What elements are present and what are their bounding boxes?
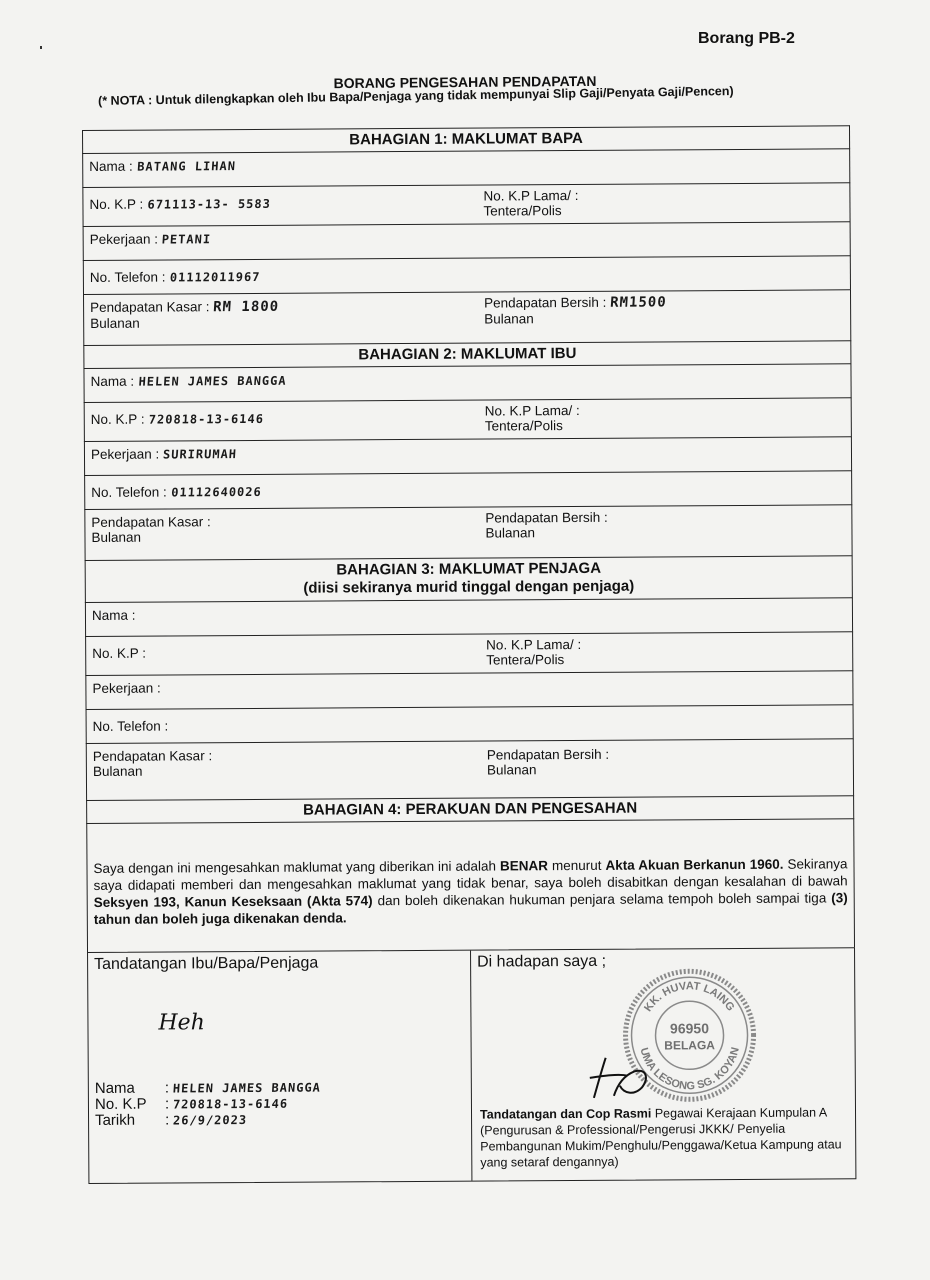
svg-text:BELAGA: BELAGA bbox=[664, 1038, 715, 1052]
s1-bersih-value[interactable]: RM1500 bbox=[610, 295, 668, 310]
bulanan-label: Bulanan bbox=[90, 316, 140, 331]
s1-pekerjaan-row[interactable]: Pekerjaan :PETANI bbox=[83, 221, 851, 260]
s1-nama-value[interactable]: BATANG LIHAN bbox=[136, 159, 236, 175]
kp-lama-label: No. K.P Lama/ : bbox=[485, 403, 580, 419]
telefon-label: No. Telefon : bbox=[91, 484, 167, 499]
pekerjaan-label: Pekerjaan : bbox=[91, 447, 159, 462]
officer-signature-icon bbox=[584, 1054, 654, 1100]
tentera-polis-label: Tentera/Polis bbox=[486, 652, 564, 667]
s3-kp-row[interactable]: No. K.P : No. K.P Lama/ :Tentera/Polis bbox=[85, 631, 853, 675]
bulanan-label: Bulanan bbox=[484, 311, 534, 326]
signer-nama-value[interactable]: HELEN JAMES BANGGA bbox=[173, 1080, 322, 1097]
tentera-polis-label: Tentera/Polis bbox=[485, 418, 563, 433]
signer-nama-label: Nama bbox=[95, 1081, 165, 1097]
officer-caption: Tandatangan dan Cop Rasmi Pegawai Keraja… bbox=[480, 1104, 855, 1170]
telefon-label: No. Telefon : bbox=[90, 269, 166, 284]
s2-kp-value[interactable]: 720818-13-6146 bbox=[148, 412, 264, 428]
s1-kp-row[interactable]: No. K.P :671113-13- 5583 No. K.P Lama/ :… bbox=[82, 182, 850, 226]
s2-pekerjaan-row[interactable]: Pekerjaan :SURIRUMAH bbox=[84, 436, 852, 475]
s1-nama-row[interactable]: Nama :BATANG LIHAN bbox=[82, 148, 850, 187]
form-sheet: BAHAGIAN 1: MAKLUMAT BAPA Nama :BATANG L… bbox=[82, 125, 856, 1184]
s3-pekerjaan-row[interactable]: Pekerjaan : bbox=[85, 670, 853, 709]
s3-telefon-row[interactable]: No. Telefon : bbox=[86, 704, 854, 743]
scan-speck bbox=[40, 46, 42, 49]
section-3-heading: BAHAGIAN 3: MAKLUMAT PENJAGA (diisi seki… bbox=[85, 555, 853, 602]
tentera-polis-label: Tentera/Polis bbox=[483, 203, 561, 218]
bersih-label: Pendapatan Bersih : bbox=[484, 295, 606, 311]
signature-row: Tandatangan Ibu/Bapa/Penjaga Heh Nama:HE… bbox=[87, 947, 856, 1184]
s3-nama-row[interactable]: Nama : bbox=[85, 597, 853, 636]
parent-signature-title: Tandatangan Ibu/Bapa/Penjaga bbox=[94, 955, 318, 974]
nama-label: Nama : bbox=[90, 374, 134, 389]
s1-telefon-row[interactable]: No. Telefon :01112011967 bbox=[83, 255, 851, 294]
parent-signature: Heh bbox=[158, 1010, 205, 1035]
s1-kp-value[interactable]: 671113-13- 5583 bbox=[147, 197, 271, 213]
parent-signature-box[interactable]: Tandatangan Ibu/Bapa/Penjaga Heh Nama:HE… bbox=[88, 951, 472, 1183]
bulanan-label: Bulanan bbox=[93, 764, 143, 779]
s1-telefon-value[interactable]: 01112011967 bbox=[169, 270, 260, 286]
svg-text:96950: 96950 bbox=[670, 1020, 709, 1036]
s2-nama-row[interactable]: Nama :HELEN JAMES BANGGA bbox=[83, 363, 851, 402]
form-code: Borang PB-2 bbox=[698, 30, 795, 48]
s2-telefon-value[interactable]: 01112640026 bbox=[170, 485, 261, 501]
kp-label: No. K.P : bbox=[89, 197, 143, 212]
signer-kp-label: No. K.P bbox=[95, 1097, 165, 1113]
signer-kp-value[interactable]: 720818-13-6146 bbox=[173, 1096, 289, 1113]
telefon-label: No. Telefon : bbox=[93, 718, 169, 733]
s2-nama-value[interactable]: HELEN JAMES BANGGA bbox=[138, 374, 287, 390]
bersih-label: Pendapatan Bersih : bbox=[487, 747, 609, 763]
pekerjaan-label: Pekerjaan : bbox=[90, 232, 158, 247]
section-3-subtitle: (diisi sekiranya murid tinggal dengan pe… bbox=[86, 576, 852, 599]
s2-kp-row[interactable]: No. K.P :720818-13-6146 No. K.P Lama/ :T… bbox=[84, 397, 852, 441]
bulanan-label: Bulanan bbox=[485, 525, 535, 540]
kasar-label: Pendapatan Kasar : bbox=[91, 514, 210, 530]
s2-telefon-row[interactable]: No. Telefon :01112640026 bbox=[84, 470, 852, 509]
bersih-label: Pendapatan Bersih : bbox=[485, 510, 607, 526]
witness-box[interactable]: Di hadapan saya ; KK. HUVAT LAING UMA LE… bbox=[471, 948, 855, 1180]
nama-label: Nama : bbox=[89, 159, 133, 174]
signer-tarikh-value[interactable]: 26/9/2023 bbox=[173, 1112, 248, 1128]
witness-title: Di hadapan saya ; bbox=[477, 953, 606, 972]
kp-lama-label: No. K.P Lama/ : bbox=[486, 637, 581, 653]
s2-pekerjaan-value[interactable]: SURIRUMAH bbox=[163, 447, 238, 462]
bulanan-label: Bulanan bbox=[487, 762, 537, 777]
bulanan-label: Bulanan bbox=[91, 530, 141, 545]
signer-details: Nama:HELEN JAMES BANGGA No. K.P:720818-1… bbox=[95, 1080, 322, 1129]
kp-lama-label: No. K.P Lama/ : bbox=[483, 188, 578, 204]
kasar-label: Pendapatan Kasar : bbox=[93, 748, 212, 764]
pekerjaan-label: Pekerjaan : bbox=[92, 681, 160, 696]
s1-kasar-value[interactable]: RM 1800 bbox=[213, 300, 280, 315]
s1-pekerjaan-value[interactable]: PETANI bbox=[161, 232, 211, 247]
s3-pendapatan-row[interactable]: Pendapatan Kasar :Bulanan Pendapatan Ber… bbox=[86, 738, 854, 800]
s2-pendapatan-row[interactable]: Pendapatan Kasar :Bulanan Pendapatan Ber… bbox=[84, 504, 852, 560]
kp-label: No. K.P : bbox=[91, 412, 145, 427]
section-3-title: BAHAGIAN 3: MAKLUMAT PENJAGA bbox=[336, 560, 601, 579]
kasar-label: Pendapatan Kasar : bbox=[90, 299, 209, 315]
svg-text:KK. HUVAT LAING: KK. HUVAT LAING bbox=[642, 980, 737, 1014]
signer-tarikh-label: Tarikh bbox=[95, 1113, 165, 1129]
s1-pendapatan-row[interactable]: Pendapatan Kasar :RM 1800Bulanan Pendapa… bbox=[83, 289, 851, 345]
declaration-text: Saya dengan ini mengesahkan maklumat yan… bbox=[86, 818, 855, 952]
kp-label: No. K.P : bbox=[92, 646, 146, 661]
nama-label: Nama : bbox=[92, 608, 136, 623]
